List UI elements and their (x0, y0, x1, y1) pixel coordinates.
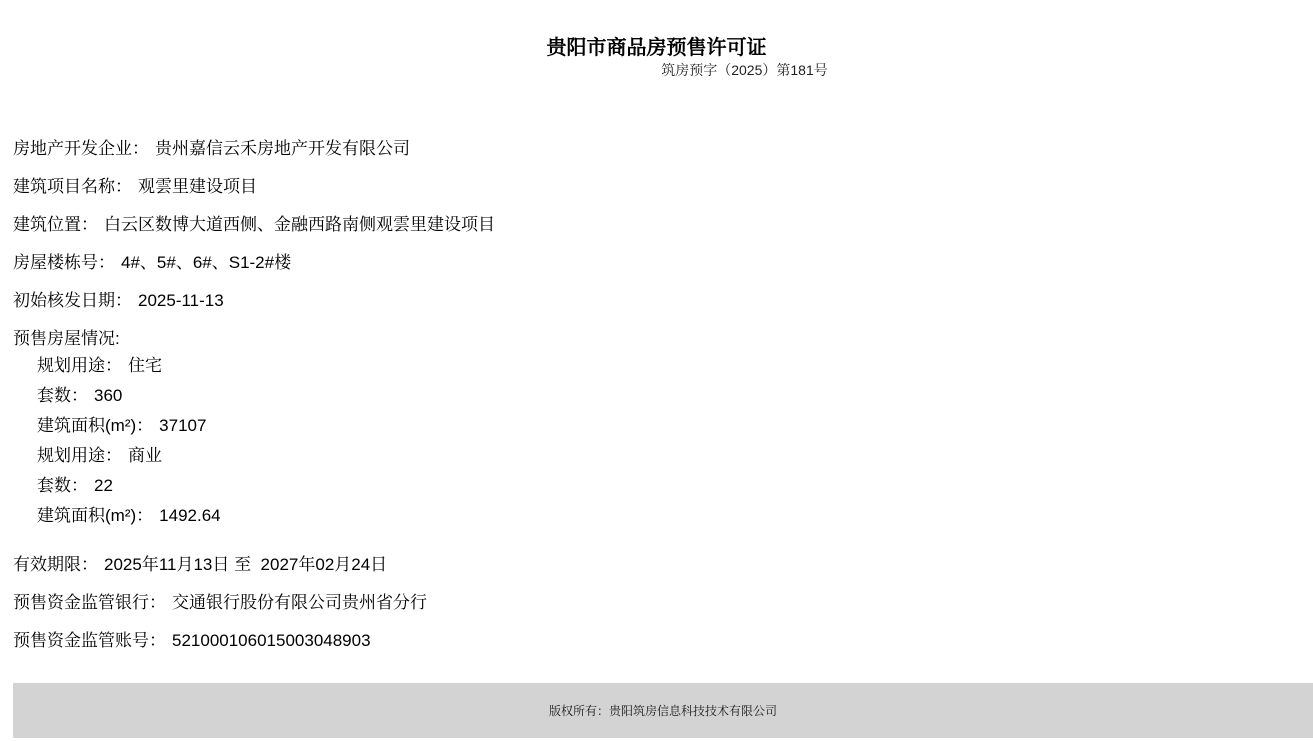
field-value: 贵州嘉信云禾房地产开发有限公司 (155, 139, 410, 158)
document-header: 贵阳市商品房预售许可证 筑房预字（2025）第181号 (0, 36, 1313, 79)
colon-separator: ： (105, 446, 122, 465)
field-value: 360 (94, 386, 122, 405)
presale-items-list: 规划用途：住宅 套数：360 建筑面积(m²)：37107 规划用途：商业 套数… (13, 351, 1313, 531)
colon-separator: ： (136, 416, 153, 435)
field-value: 521000106015003048903 (172, 631, 371, 650)
field-location: 建筑位置：白云区数博大道西侧、金融西路南侧观雲里建设项目 (13, 213, 1313, 237)
field-project-name: 建筑项目名称：观雲里建设项目 (13, 175, 1313, 199)
field-value: 1492.64 (159, 506, 220, 525)
copyright-footer: 版权所有：贵阳筑房信息科技技术有限公司 (13, 683, 1313, 738)
field-value: 白云区数博大道西侧、金融西路南侧观雲里建设项目 (104, 215, 495, 234)
field-value: 2025年11月13日 至 2027年02月24日 (104, 555, 387, 574)
presale-item-planned-use: 规划用途：商业 (37, 441, 1313, 471)
field-value: 2025-11-13 (138, 291, 224, 310)
field-label: 规划用途 (37, 446, 105, 465)
colon-separator: ： (136, 506, 153, 525)
field-value: 4#、5#、6#、S1-2#楼 (121, 253, 291, 272)
colon-separator: ： (115, 177, 132, 196)
colon-separator: ： (98, 253, 115, 272)
field-initial-issue-date: 初始核发日期：2025-11-13 (13, 289, 1313, 313)
field-value: 交通银行股份有限公司贵州省分行 (172, 593, 427, 612)
field-label: 房屋楼栋号 (13, 253, 98, 272)
field-label: 建筑项目名称 (13, 177, 115, 196)
field-validity-period: 有效期限：2025年11月13日 至 2027年02月24日 (13, 553, 1313, 577)
colon-separator: ： (105, 356, 122, 375)
field-supervision-account: 预售资金监管账号：521000106015003048903 (13, 629, 1313, 653)
field-value: 37107 (159, 416, 206, 435)
field-value: 22 (94, 476, 113, 495)
colon-separator: ： (71, 386, 88, 405)
field-value: 商业 (128, 446, 162, 465)
field-label: 初始核发日期 (13, 291, 115, 310)
presale-item-planned-use: 规划用途：住宅 (37, 351, 1313, 381)
field-supervision-bank: 预售资金监管银行：交通银行股份有限公司贵州省分行 (13, 591, 1313, 615)
colon-separator: ： (149, 631, 166, 650)
field-label: 规划用途 (37, 356, 105, 375)
field-label: 套数 (37, 476, 71, 495)
presale-item-unit-count: 套数：22 (37, 471, 1313, 501)
copyright-text: 版权所有：贵阳筑房信息科技技术有限公司 (549, 702, 777, 719)
presale-item-floor-area: 建筑面积(m²)：1492.64 (37, 501, 1313, 531)
presale-item-unit-count: 套数：360 (37, 381, 1313, 411)
field-building-numbers: 房屋楼栋号：4#、5#、6#、S1-2#楼 (13, 251, 1313, 275)
field-value: 住宅 (128, 356, 162, 375)
field-label: 建筑面积(m²) (37, 416, 136, 435)
field-developer: 房地产开发企业：贵州嘉信云禾房地产开发有限公司 (13, 137, 1313, 161)
field-label: 建筑面积(m²) (37, 506, 136, 525)
colon-separator: ： (81, 215, 98, 234)
document-number: 筑房预字（2025）第181号 (88, 62, 1313, 79)
field-label: 套数 (37, 386, 71, 405)
colon-separator: ： (132, 139, 149, 158)
top-fields: 房地产开发企业：贵州嘉信云禾房地产开发有限公司 建筑项目名称：观雲里建设项目 建… (13, 137, 1313, 313)
field-label: 预售资金监管银行 (13, 593, 149, 612)
field-label: 预售资金监管账号 (13, 631, 149, 650)
bottom-fields: 有效期限：2025年11月13日 至 2027年02月24日 预售资金监管银行：… (13, 553, 1313, 653)
document-body: 房地产开发企业：贵州嘉信云禾房地产开发有限公司 建筑项目名称：观雲里建设项目 建… (0, 137, 1313, 653)
field-label: 建筑位置 (13, 215, 81, 234)
field-value: 观雲里建设项目 (138, 177, 257, 196)
page-title: 贵阳市商品房预售许可证 (0, 36, 1313, 60)
field-label: 房地产开发企业 (13, 139, 132, 158)
presale-section-heading: 预售房屋情况: (13, 327, 1313, 351)
presale-item-floor-area: 建筑面积(m²)：37107 (37, 411, 1313, 441)
colon-separator: ： (115, 291, 132, 310)
colon-separator: ： (71, 476, 88, 495)
colon-separator: ： (81, 555, 98, 574)
field-label: 有效期限 (13, 555, 81, 574)
presale-housing-section: 预售房屋情况: 规划用途：住宅 套数：360 建筑面积(m²)：37107 规划… (13, 327, 1313, 531)
colon-separator: ： (149, 593, 166, 612)
